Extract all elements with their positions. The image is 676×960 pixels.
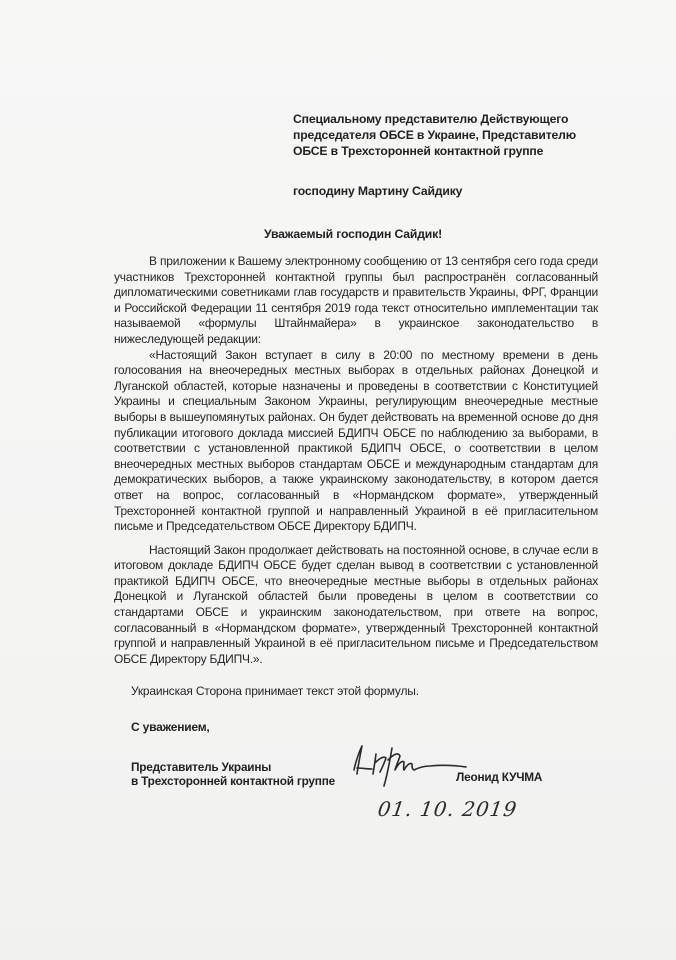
salutation: Уважаемый господин Сайдик! bbox=[0, 227, 676, 241]
closing: С уважением, bbox=[131, 720, 210, 734]
body-paragraph-intro: В приложении к Вашему электронному сообщ… bbox=[114, 254, 598, 348]
signer-title-line: Представитель Украины bbox=[131, 760, 335, 774]
letter-body: В приложении к Вашему электронному сообщ… bbox=[114, 254, 598, 667]
signer-name: Леонид КУЧМА bbox=[456, 770, 542, 784]
addressee-line: Специальному представителю Действующего bbox=[293, 111, 613, 127]
recipient-name: господину Мартину Сайдику bbox=[293, 184, 462, 198]
addressee-block: Специальному представителю Действующего … bbox=[293, 111, 613, 159]
body-paragraph-quote-1: «Настоящий Закон вступает в силу в 20:00… bbox=[114, 348, 598, 535]
addressee-line: ОБСЕ в Трехсторонней контактной группе bbox=[293, 143, 613, 159]
signer-title: Представитель Украины в Трехсторонней ко… bbox=[131, 760, 335, 788]
letter-page: Специальному представителю Действующего … bbox=[0, 0, 676, 960]
acceptance-statement: Украинская Сторона принимает текст этой … bbox=[131, 684, 419, 698]
signer-title-line: в Трехсторонней контактной группе bbox=[131, 774, 335, 788]
handwritten-date: 01. 10. 2019 bbox=[376, 797, 519, 821]
body-paragraph-quote-2: Настоящий Закон продолжает действовать н… bbox=[114, 543, 598, 668]
addressee-line: председателя ОБСЕ в Украине, Представите… bbox=[293, 127, 613, 143]
